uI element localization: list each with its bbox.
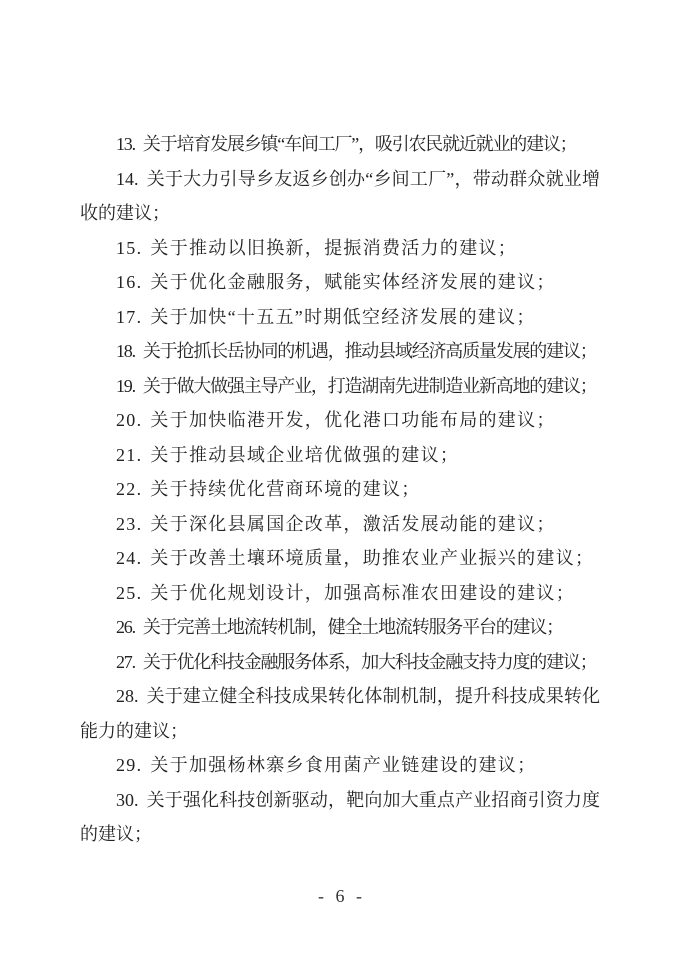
item-text: 关于大力引导乡友返乡创办“乡间工厂”，带动群众就业增收的建议； <box>80 169 600 224</box>
item-number: 24. <box>116 548 150 568</box>
item-number: 19. <box>116 376 143 396</box>
item-text: 关于推动县域企业培优做强的建议； <box>150 445 459 465</box>
proposal-item-16: 16.关于优化金融服务，赋能实体经济发展的建议； <box>80 265 600 300</box>
item-text: 关于建立健全科技成果转化体制机制，提升科技成果转化能力的建议； <box>80 686 600 741</box>
proposal-item-22: 22.关于持续优化营商环境的建议； <box>80 472 600 507</box>
item-text: 关于优化金融服务，赋能实体经济发展的建议； <box>150 272 555 292</box>
item-number: 21. <box>116 445 150 465</box>
document-page: 13.关于培育发展乡镇“车间工厂”，吸引农民就近就业的建议； 14.关于大力引导… <box>0 0 680 961</box>
proposal-item-27: 27.关于优化科技金融服务体系，加大科技金融支持力度的建议； <box>80 645 600 680</box>
item-text: 关于加快“十五五”时期低空经济发展的建议； <box>150 307 535 327</box>
proposal-item-17: 17.关于加快“十五五”时期低空经济发展的建议； <box>80 300 600 335</box>
proposal-item-19: 19.关于做大做强主导产业，打造湖南先进制造业新高地的建议； <box>80 369 600 404</box>
proposal-item-24: 24.关于改善土壤环境质量，助推农业产业振兴的建议； <box>80 541 600 576</box>
proposal-item-23: 23.关于深化县属国企改革，激活发展动能的建议； <box>80 507 600 542</box>
item-text: 关于强化科技创新驱动，靶向加大重点产业招商引资力度的建议； <box>80 790 600 845</box>
item-text: 关于优化科技金融服务体系，加大科技金融支持力度的建议； <box>143 652 597 672</box>
item-number: 26. <box>116 617 143 637</box>
item-text: 关于培育发展乡镇“车间工厂”，吸引农民就近就业的建议； <box>143 134 577 154</box>
item-number: 30. <box>116 790 147 810</box>
proposal-item-28: 28.关于建立健全科技成果转化体制机制，提升科技成果转化能力的建议； <box>80 679 600 748</box>
item-number: 17. <box>116 307 150 327</box>
proposal-item-21: 21.关于推动县域企业培优做强的建议； <box>80 438 600 473</box>
item-number: 13. <box>116 134 143 154</box>
proposal-list: 13.关于培育发展乡镇“车间工厂”，吸引农民就近就业的建议； 14.关于大力引导… <box>80 127 600 852</box>
proposal-item-26: 26.关于完善土地流转机制，健全土地流转服务平台的建议； <box>80 610 600 645</box>
item-number: 16. <box>116 272 150 292</box>
item-number: 23. <box>116 514 150 534</box>
item-number: 22. <box>116 479 150 499</box>
item-number: 20. <box>116 410 150 430</box>
proposal-item-25: 25.关于优化规划设计，加强高标准农田建设的建议； <box>80 576 600 611</box>
item-text: 关于深化县属国企改革，激活发展动能的建议； <box>150 514 555 534</box>
item-text: 关于加快临港开发，优化港口功能布局的建议； <box>150 410 555 430</box>
item-number: 15. <box>116 238 150 258</box>
item-text: 关于推动以旧换新，提振消费活力的建议； <box>150 238 517 258</box>
item-number: 27. <box>116 652 143 672</box>
item-text: 关于完善土地流转机制，健全土地流转服务平台的建议； <box>143 617 563 637</box>
item-number: 28. <box>116 686 147 706</box>
item-text: 关于做大做强主导产业，打造湖南先进制造业新高地的建议； <box>143 376 597 396</box>
page-number: - 6 - <box>0 884 680 908</box>
item-text: 关于优化规划设计，加强高标准农田建设的建议； <box>150 583 575 603</box>
item-text: 关于加强杨林寨乡食用菌产业链建设的建议； <box>150 755 536 775</box>
proposal-item-30: 30.关于强化科技创新驱动，靶向加大重点产业招商引资力度的建议； <box>80 783 600 852</box>
item-text: 关于抢抓长岳协同的机遇，推动县域经济高质量发展的建议； <box>143 341 597 361</box>
item-number: 25. <box>116 583 150 603</box>
proposal-item-15: 15.关于推动以旧换新，提振消费活力的建议； <box>80 231 600 266</box>
proposal-item-14: 14.关于大力引导乡友返乡创办“乡间工厂”，带动群众就业增收的建议； <box>80 162 600 231</box>
item-number: 29. <box>116 755 150 775</box>
proposal-item-18: 18.关于抢抓长岳协同的机遇，推动县域经济高质量发展的建议； <box>80 334 600 369</box>
proposal-item-20: 20.关于加快临港开发，优化港口功能布局的建议； <box>80 403 600 438</box>
item-number: 18. <box>116 341 143 361</box>
item-text: 关于改善土壤环境质量，助推农业产业振兴的建议； <box>150 548 594 568</box>
item-number: 14. <box>116 169 147 189</box>
proposal-item-29: 29.关于加强杨林寨乡食用菌产业链建设的建议； <box>80 748 600 783</box>
proposal-item-13: 13.关于培育发展乡镇“车间工厂”，吸引农民就近就业的建议； <box>80 127 600 162</box>
item-text: 关于持续优化营商环境的建议； <box>150 479 420 499</box>
